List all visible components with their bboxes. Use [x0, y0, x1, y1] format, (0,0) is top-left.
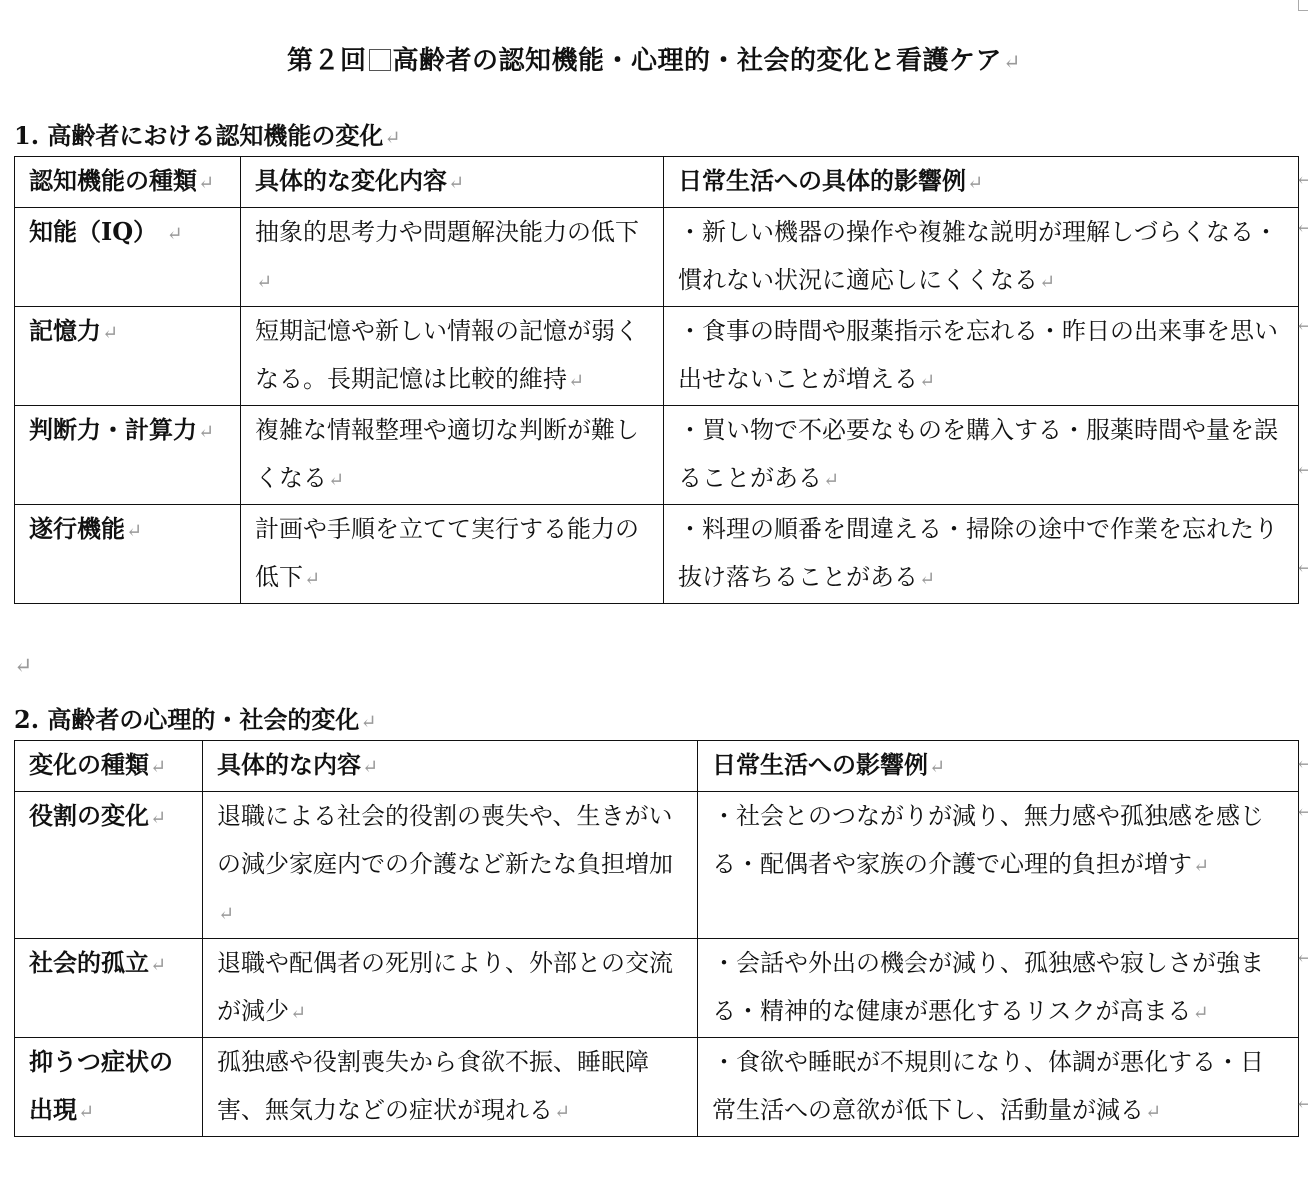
- impact-cell: ・社会とのつながりが減り、無力感や孤独感を感じる・配偶者や家族の介護で心理的負担…: [698, 792, 1299, 939]
- header-cell: 日常生活への影響例↵: [698, 741, 1299, 792]
- content-cell: 退職や配偶者の死別により、外部との交流が減少↵: [203, 939, 698, 1038]
- row-label-cell: 知能（IQ） ↵: [15, 208, 241, 307]
- impact-cell: ・料理の順番を間違える・掃除の途中で作業を忘れたり抜け落ちることがある↵: [664, 505, 1299, 604]
- content-cell: 孤独感や役割喪失から食欲不振、睡眠障害、無気力などの症状が現れる↵: [203, 1038, 698, 1137]
- section-heading-psychosocial: 2. 高齢者の心理的・社会的変化↵: [14, 700, 377, 735]
- table-row: 判断力・計算力↵ 複雑な情報整理や適切な判断が難しくなる↵ ・買い物で不必要なも…: [15, 406, 1299, 505]
- table-row: 役割の変化↵ 退職による社会的役割の喪失や、生きがいの減少家庭内での介護など新た…: [15, 792, 1299, 939]
- table-row: 抑うつ症状の出現↵ 孤独感や役割喪失から食欲不振、睡眠障害、無気力などの症状が現…: [15, 1038, 1299, 1137]
- impact-cell: ・買い物で不必要なものを購入する・服薬時間や量を誤ることがある↵: [664, 406, 1299, 505]
- table-header-row: 認知機能の種類↵ 具体的な変化内容↵ 日常生活への具体的影響例↵: [15, 157, 1299, 208]
- row-label-cell: 遂行機能↵: [15, 505, 241, 604]
- paragraph-mark-icon: ↵: [360, 710, 376, 733]
- impact-cell: ・食事の時間や服薬指示を忘れる・昨日の出来事を思い出せないことが増える↵: [664, 307, 1299, 406]
- section-heading-cognitive: 1. 高齢者における認知機能の変化↵: [14, 116, 401, 151]
- table-row: 知能（IQ） ↵ 抽象的思考力や問題解決能力の低下↵ ・新しい機器の操作や複雑な…: [15, 208, 1299, 307]
- table-row: 遂行機能↵ 計画や手順を立てて実行する能力の低下↵ ・料理の順番を間違える・掃除…: [15, 505, 1299, 604]
- placeholder-box-glyph: [369, 49, 391, 71]
- content-cell: 複雑な情報整理や適切な判断が難しくなる↵: [241, 406, 664, 505]
- impact-cell: ・新しい機器の操作や複雑な説明が理解しづらくなる・慣れない状況に適応しにくくなる…: [664, 208, 1299, 307]
- row-end-mark-icon: ←: [1298, 1094, 1308, 1115]
- document-title: 第２回高齢者の認知機能・心理的・社会的変化と看護ケア↵: [0, 40, 1308, 77]
- empty-paragraph-mark-icon: ↵: [14, 654, 32, 679]
- row-label-cell: 役割の変化↵: [15, 792, 203, 939]
- impact-cell: ・会話や外出の機会が減り、孤独感や寂しさが強まる・精神的な健康が悪化するリスクが…: [698, 939, 1299, 1038]
- paragraph-mark-icon: ↵: [1003, 50, 1021, 74]
- page-corner-mark: [1298, 0, 1308, 11]
- header-cell: 具体的な内容↵: [203, 741, 698, 792]
- title-suffix: 高齢者の認知機能・心理的・社会的変化と看護ケア: [393, 46, 1003, 76]
- cognitive-changes-table: 認知機能の種類↵ 具体的な変化内容↵ 日常生活への具体的影響例↵ 知能（IQ） …: [14, 156, 1299, 604]
- row-end-mark-icon: ←: [1298, 558, 1308, 579]
- row-end-mark-icon: ←: [1298, 170, 1308, 191]
- row-end-mark-icon: ←: [1298, 316, 1308, 337]
- header-cell: 日常生活への具体的影響例↵: [664, 157, 1299, 208]
- content-cell: 短期記憶や新しい情報の記憶が弱くなる。長期記憶は比較的維持↵: [241, 307, 664, 406]
- table-row: 社会的孤立↵ 退職や配偶者の死別により、外部との交流が減少↵ ・会話や外出の機会…: [15, 939, 1299, 1038]
- row-end-mark-icon: ←: [1298, 948, 1308, 969]
- title-prefix: 第２回: [287, 46, 367, 76]
- section-heading-text: 1. 高齢者における認知機能の変化: [14, 121, 383, 150]
- impact-cell: ・食欲や睡眠が不規則になり、体調が悪化する・日常生活への意欲が低下し、活動量が減…: [698, 1038, 1299, 1137]
- header-cell: 変化の種類↵: [15, 741, 203, 792]
- row-label-cell: 判断力・計算力↵: [15, 406, 241, 505]
- table-row: 記憶力↵ 短期記憶や新しい情報の記憶が弱くなる。長期記憶は比較的維持↵ ・食事の…: [15, 307, 1299, 406]
- paragraph-mark-icon: ↵: [384, 126, 400, 149]
- header-cell: 認知機能の種類↵: [15, 157, 241, 208]
- row-end-mark-icon: ←: [1298, 218, 1308, 239]
- content-cell: 抽象的思考力や問題解決能力の低下↵: [241, 208, 664, 307]
- content-cell: 計画や手順を立てて実行する能力の低下↵: [241, 505, 664, 604]
- content-cell: 退職による社会的役割の喪失や、生きがいの減少家庭内での介護など新たな負担増加↵: [203, 792, 698, 939]
- row-end-mark-icon: ←: [1298, 460, 1308, 481]
- row-label-cell: 抑うつ症状の出現↵: [15, 1038, 203, 1137]
- section-heading-text: 2. 高齢者の心理的・社会的変化: [14, 705, 359, 734]
- row-label-cell: 社会的孤立↵: [15, 939, 203, 1038]
- row-end-mark-icon: ←: [1298, 754, 1308, 775]
- header-cell: 具体的な変化内容↵: [241, 157, 664, 208]
- table-header-row: 変化の種類↵ 具体的な内容↵ 日常生活への影響例↵: [15, 741, 1299, 792]
- psychosocial-changes-table: 変化の種類↵ 具体的な内容↵ 日常生活への影響例↵ 役割の変化↵ 退職による社会…: [14, 740, 1299, 1137]
- row-label-cell: 記憶力↵: [15, 307, 241, 406]
- row-end-mark-icon: ←: [1298, 802, 1308, 823]
